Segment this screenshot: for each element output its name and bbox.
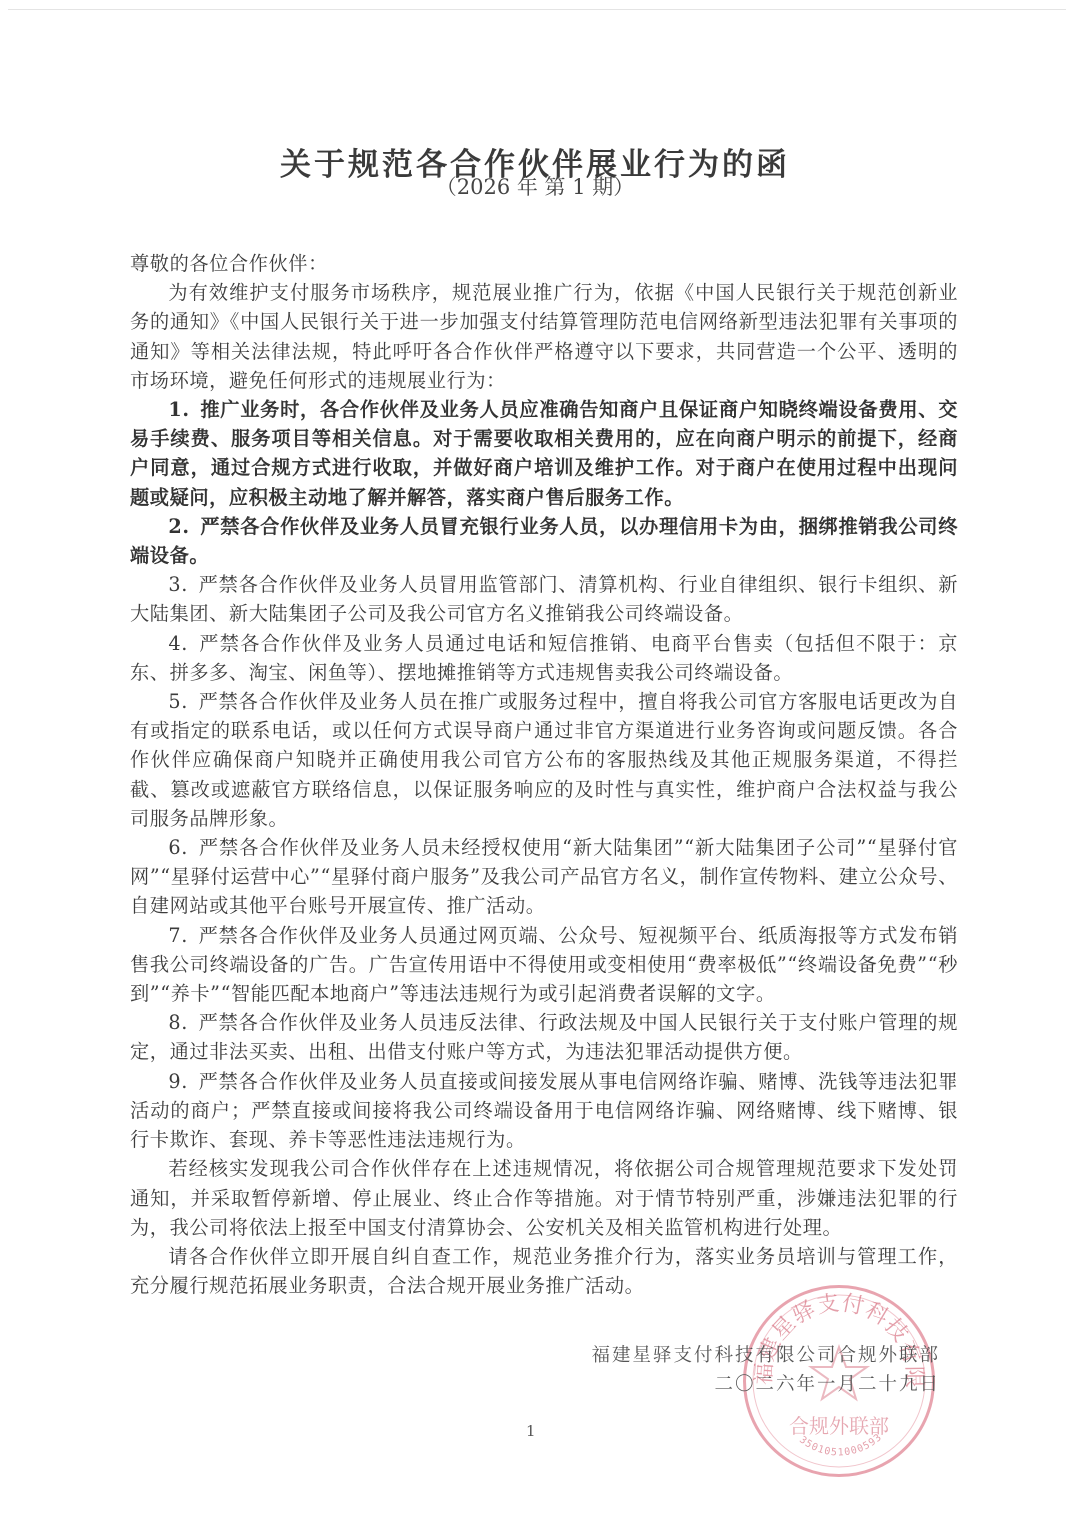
intro-paragraph: 为有效维护支付服务市场秩序，规范展业推广行为，依据《中国人民银行关于规范创新业务… (130, 278, 958, 395)
document-issue: （2026 年 第 1 期） (130, 171, 940, 201)
requirement-item-4: 4.严禁各合作伙伴及业务人员通过电话和短信推销、电商平台售卖（包括但不限于：京东… (130, 629, 958, 687)
item-number: 8. (168, 1011, 188, 1034)
item-text: 严禁各合作伙伴及业务人员冒充银行业务人员，以办理信用卡为由，捆绑推销我公司终端设… (130, 515, 958, 567)
item-text: 严禁各合作伙伴及业务人员在推广或服务过程中，擅自将我公司官方客服电话更改为自有或… (130, 690, 958, 830)
requirement-item-5: 5.严禁各合作伙伴及业务人员在推广或服务过程中，擅自将我公司官方客服电话更改为自… (130, 687, 958, 833)
item-number: 4. (168, 632, 188, 655)
item-text: 严禁各合作伙伴及业务人员冒用监管部门、清算机构、行业自律组织、银行卡组织、新大陆… (130, 573, 958, 625)
issue-date: 二〇二六年一月二十九日 (591, 1370, 940, 1399)
item-number: 9. (168, 1070, 188, 1093)
requirement-item-1: 1.推广业务时，各合作伙伴及业务人员应准确告知商户且保证商户知晓终端设备费用、交… (130, 395, 958, 512)
item-text: 严禁各合作伙伴及业务人员未经授权使用“新大陆集团”“新大陆集团子公司”“星驿付官… (130, 836, 958, 917)
scan-edge-line (8, 9, 1066, 10)
item-text: 严禁各合作伙伴及业务人员直接或间接发展从事电信网络诈骗、赌博、洗钱等违法犯罪活动… (130, 1070, 958, 1151)
item-number: 6. (168, 836, 188, 859)
requirement-item-6: 6.严禁各合作伙伴及业务人员未经授权使用“新大陆集团”“新大陆集团子公司”“星驿… (130, 833, 958, 921)
salutation: 尊敬的各位合作伙伴： (130, 249, 958, 278)
item-text: 严禁各合作伙伴及业务人员通过网页端、公众号、短视频平台、纸质海报等方式发布销售我… (130, 924, 958, 1005)
item-text: 严禁各合作伙伴及业务人员违反法律、行政法规及中国人民银行关于支付账户管理的规定，… (130, 1011, 958, 1063)
item-number: 1. (168, 398, 189, 421)
requirement-item-8: 8.严禁各合作伙伴及业务人员违反法律、行政法规及中国人民银行关于支付账户管理的规… (130, 1008, 958, 1066)
item-number: 7. (168, 924, 188, 947)
item-number: 2. (168, 515, 189, 538)
requirement-item-3: 3.严禁各合作伙伴及业务人员冒用监管部门、清算机构、行业自律组织、银行卡组织、新… (130, 570, 958, 628)
signature-block: 福建星驿支付科技有限公司合规外联部 二〇二六年一月二十九日 (591, 1341, 940, 1399)
seal-inner-text: 合规外联部 (789, 1414, 889, 1438)
issuing-department: 福建星驿支付科技有限公司合规外联部 (591, 1341, 940, 1370)
requirement-item-9: 9.严禁各合作伙伴及业务人员直接或间接发展从事电信网络诈骗、赌博、洗钱等违法犯罪… (130, 1067, 958, 1155)
document-body: 尊敬的各位合作伙伴： 为有效维护支付服务市场秩序，规范展业推广行为，依据《中国人… (130, 249, 958, 1300)
item-number: 3. (168, 573, 188, 596)
page-number: 1 (526, 1422, 536, 1440)
requirement-item-7: 7.严禁各合作伙伴及业务人员通过网页端、公众号、短视频平台、纸质海报等方式发布销… (130, 921, 958, 1009)
item-text: 推广业务时，各合作伙伴及业务人员应准确告知商户且保证商户知晓终端设备费用、交易手… (130, 398, 958, 509)
item-text: 严禁各合作伙伴及业务人员通过电话和短信推销、电商平台售卖（包括但不限于：京东、拼… (130, 632, 958, 684)
item-number: 5. (168, 690, 188, 713)
requirement-item-2: 2.严禁各合作伙伴及业务人员冒充银行业务人员，以办理信用卡为由，捆绑推销我公司终… (130, 512, 958, 570)
penalty-paragraph: 若经核实发现我公司合作伙伴存在上述违规情况，将依据公司合规管理规范要求下发处罚通… (130, 1154, 958, 1242)
